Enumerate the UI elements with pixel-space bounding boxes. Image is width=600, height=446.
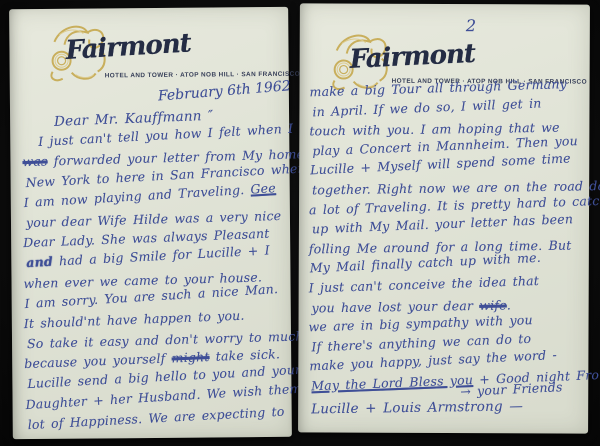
photo-background: Fairmont HOTEL AND TOWER · ATOP NOB HILL… <box>0 0 600 446</box>
page-number: 2 <box>466 16 476 35</box>
letterhead-brand: Fairmont <box>349 39 476 75</box>
handwriting-marked-word: was <box>22 154 48 170</box>
letter-date: February 6th 1962 <box>157 78 291 104</box>
letterhead-tagline: HOTEL AND TOWER · ATOP NOB HILL · SAN FR… <box>105 71 300 80</box>
letter-page-1: Fairmont HOTEL AND TOWER · ATOP NOB HILL… <box>9 7 292 439</box>
handwriting-text: Lucille + Louis Armstrong — <box>311 398 523 417</box>
handwriting-marked-word: and <box>26 254 53 270</box>
handwriting-text: I just can't conceive the idea that <box>308 273 539 295</box>
handwriting-line: Lucille + Louis Armstrong — <box>311 396 586 420</box>
handwriting-marked-word: Gee <box>250 180 276 196</box>
letterhead-brand: Fairmont <box>65 28 192 66</box>
handwriting-marked-word: May the Lord Bless you <box>311 372 473 393</box>
handwriting-text: → your Friends <box>460 379 563 399</box>
handwriting-marked-word: might <box>171 349 209 365</box>
letter-body-page-2: make a big Tour all through Germanyin Ap… <box>308 82 587 421</box>
letter-body-page-1: Dear Mr. Kauffmann ″I just can't tell yo… <box>22 110 290 435</box>
handwriting-text: . <box>507 297 511 312</box>
letter-page-2: 2 Fairmont HOTEL AND TOWER · ATOP NOB HI… <box>298 3 590 433</box>
